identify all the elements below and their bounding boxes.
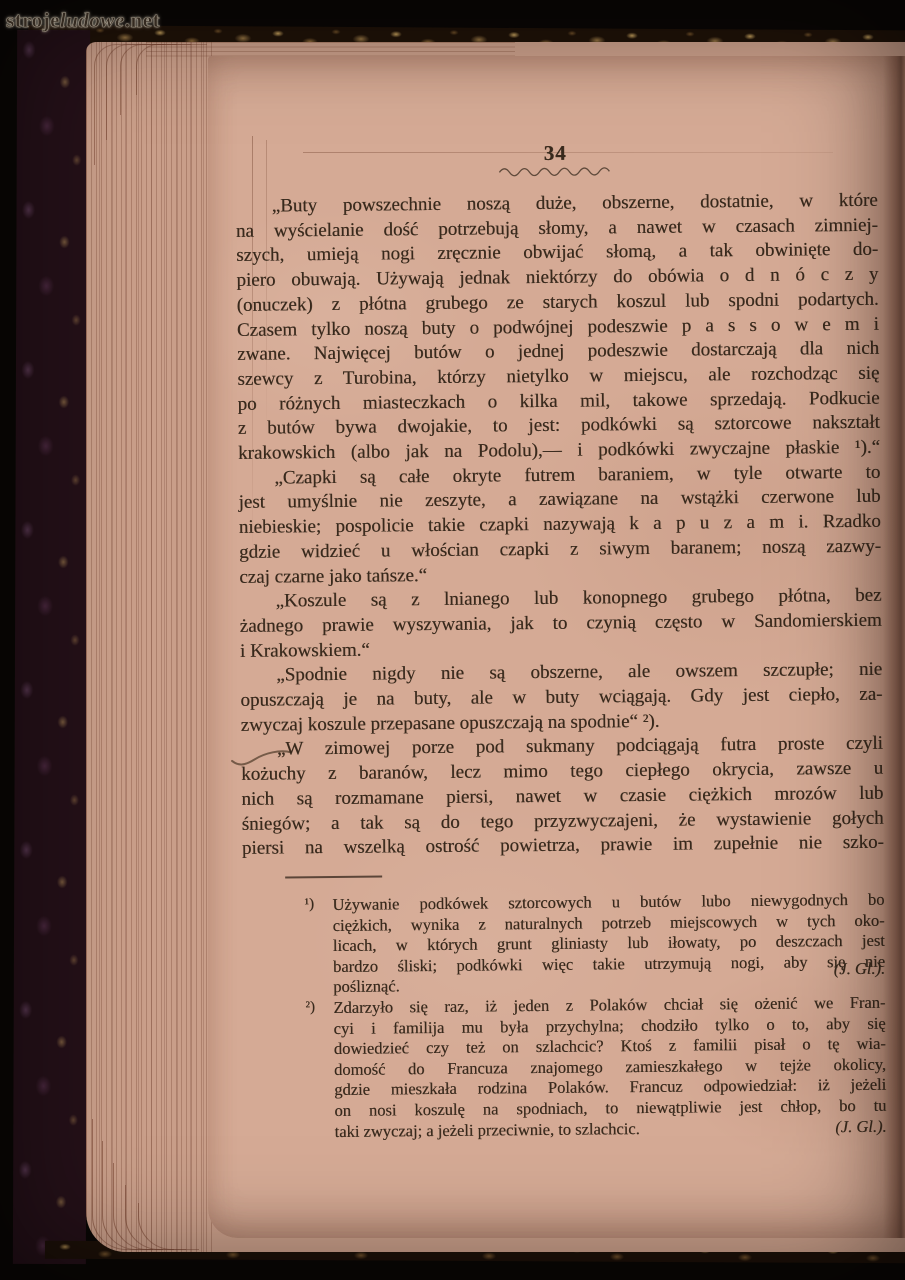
footnote-attribution: (J. Gl.). xyxy=(835,1116,887,1137)
footnotes: ¹)Używanie podkówek sztorcowych u butów … xyxy=(332,890,886,1142)
pagenumber-underline-squiggle xyxy=(497,166,613,177)
paragraph: „Buty powszechnie noszą duże, obszerne, … xyxy=(236,189,881,467)
footnote-tail-text: taki zwyczaj; a jeżeli przeciwnie, to sz… xyxy=(335,1119,640,1143)
watermark-part1: stroje xyxy=(6,8,60,32)
footnote-last-line: taki zwyczaj; a jeżeli przeciwnie, to sz… xyxy=(335,1116,887,1142)
footnote-marker: ²) xyxy=(305,999,315,1016)
page-number: 34 xyxy=(489,140,621,166)
body-text: „Buty powszechnie noszą duże, obszerne, … xyxy=(236,189,884,862)
paragraph: „Czapki są całe okryte futrem baraniem, … xyxy=(238,460,881,590)
watermark-part2: ludowe xyxy=(60,8,125,32)
footnote: ²)Zdarzyło się raz, iż jeden z Polaków c… xyxy=(333,993,886,1142)
paragraph: „Koszule są z lnianego lub konopnego gru… xyxy=(239,584,882,664)
paragraph: „Spodnie nigdy nie są obszerne, ale owsz… xyxy=(240,658,883,738)
watermark: strojeludowe.net xyxy=(6,8,160,33)
page-text-layer: 34 „Buty powszechnie noszą duże, obszern… xyxy=(0,0,905,1280)
footnote-tail-text: pośliznąć. xyxy=(333,977,400,997)
footnote: ¹)Używanie podkówek sztorcowych u butów … xyxy=(332,890,885,998)
page-header: 34 xyxy=(489,140,621,177)
book-photo: 34 „Buty powszechnie noszą duże, obszern… xyxy=(0,0,905,1280)
footnote-marker: ¹) xyxy=(304,896,314,913)
watermark-part3: .net xyxy=(125,8,160,32)
footnote-attribution: (J. Gl.). xyxy=(834,959,886,980)
paragraph: „W zimowej porze pod sukmany podciągają … xyxy=(241,732,884,862)
text-line: piersi na wszelką ostrość powietrza, pra… xyxy=(242,831,884,862)
footnote-separator-rule xyxy=(285,876,382,879)
